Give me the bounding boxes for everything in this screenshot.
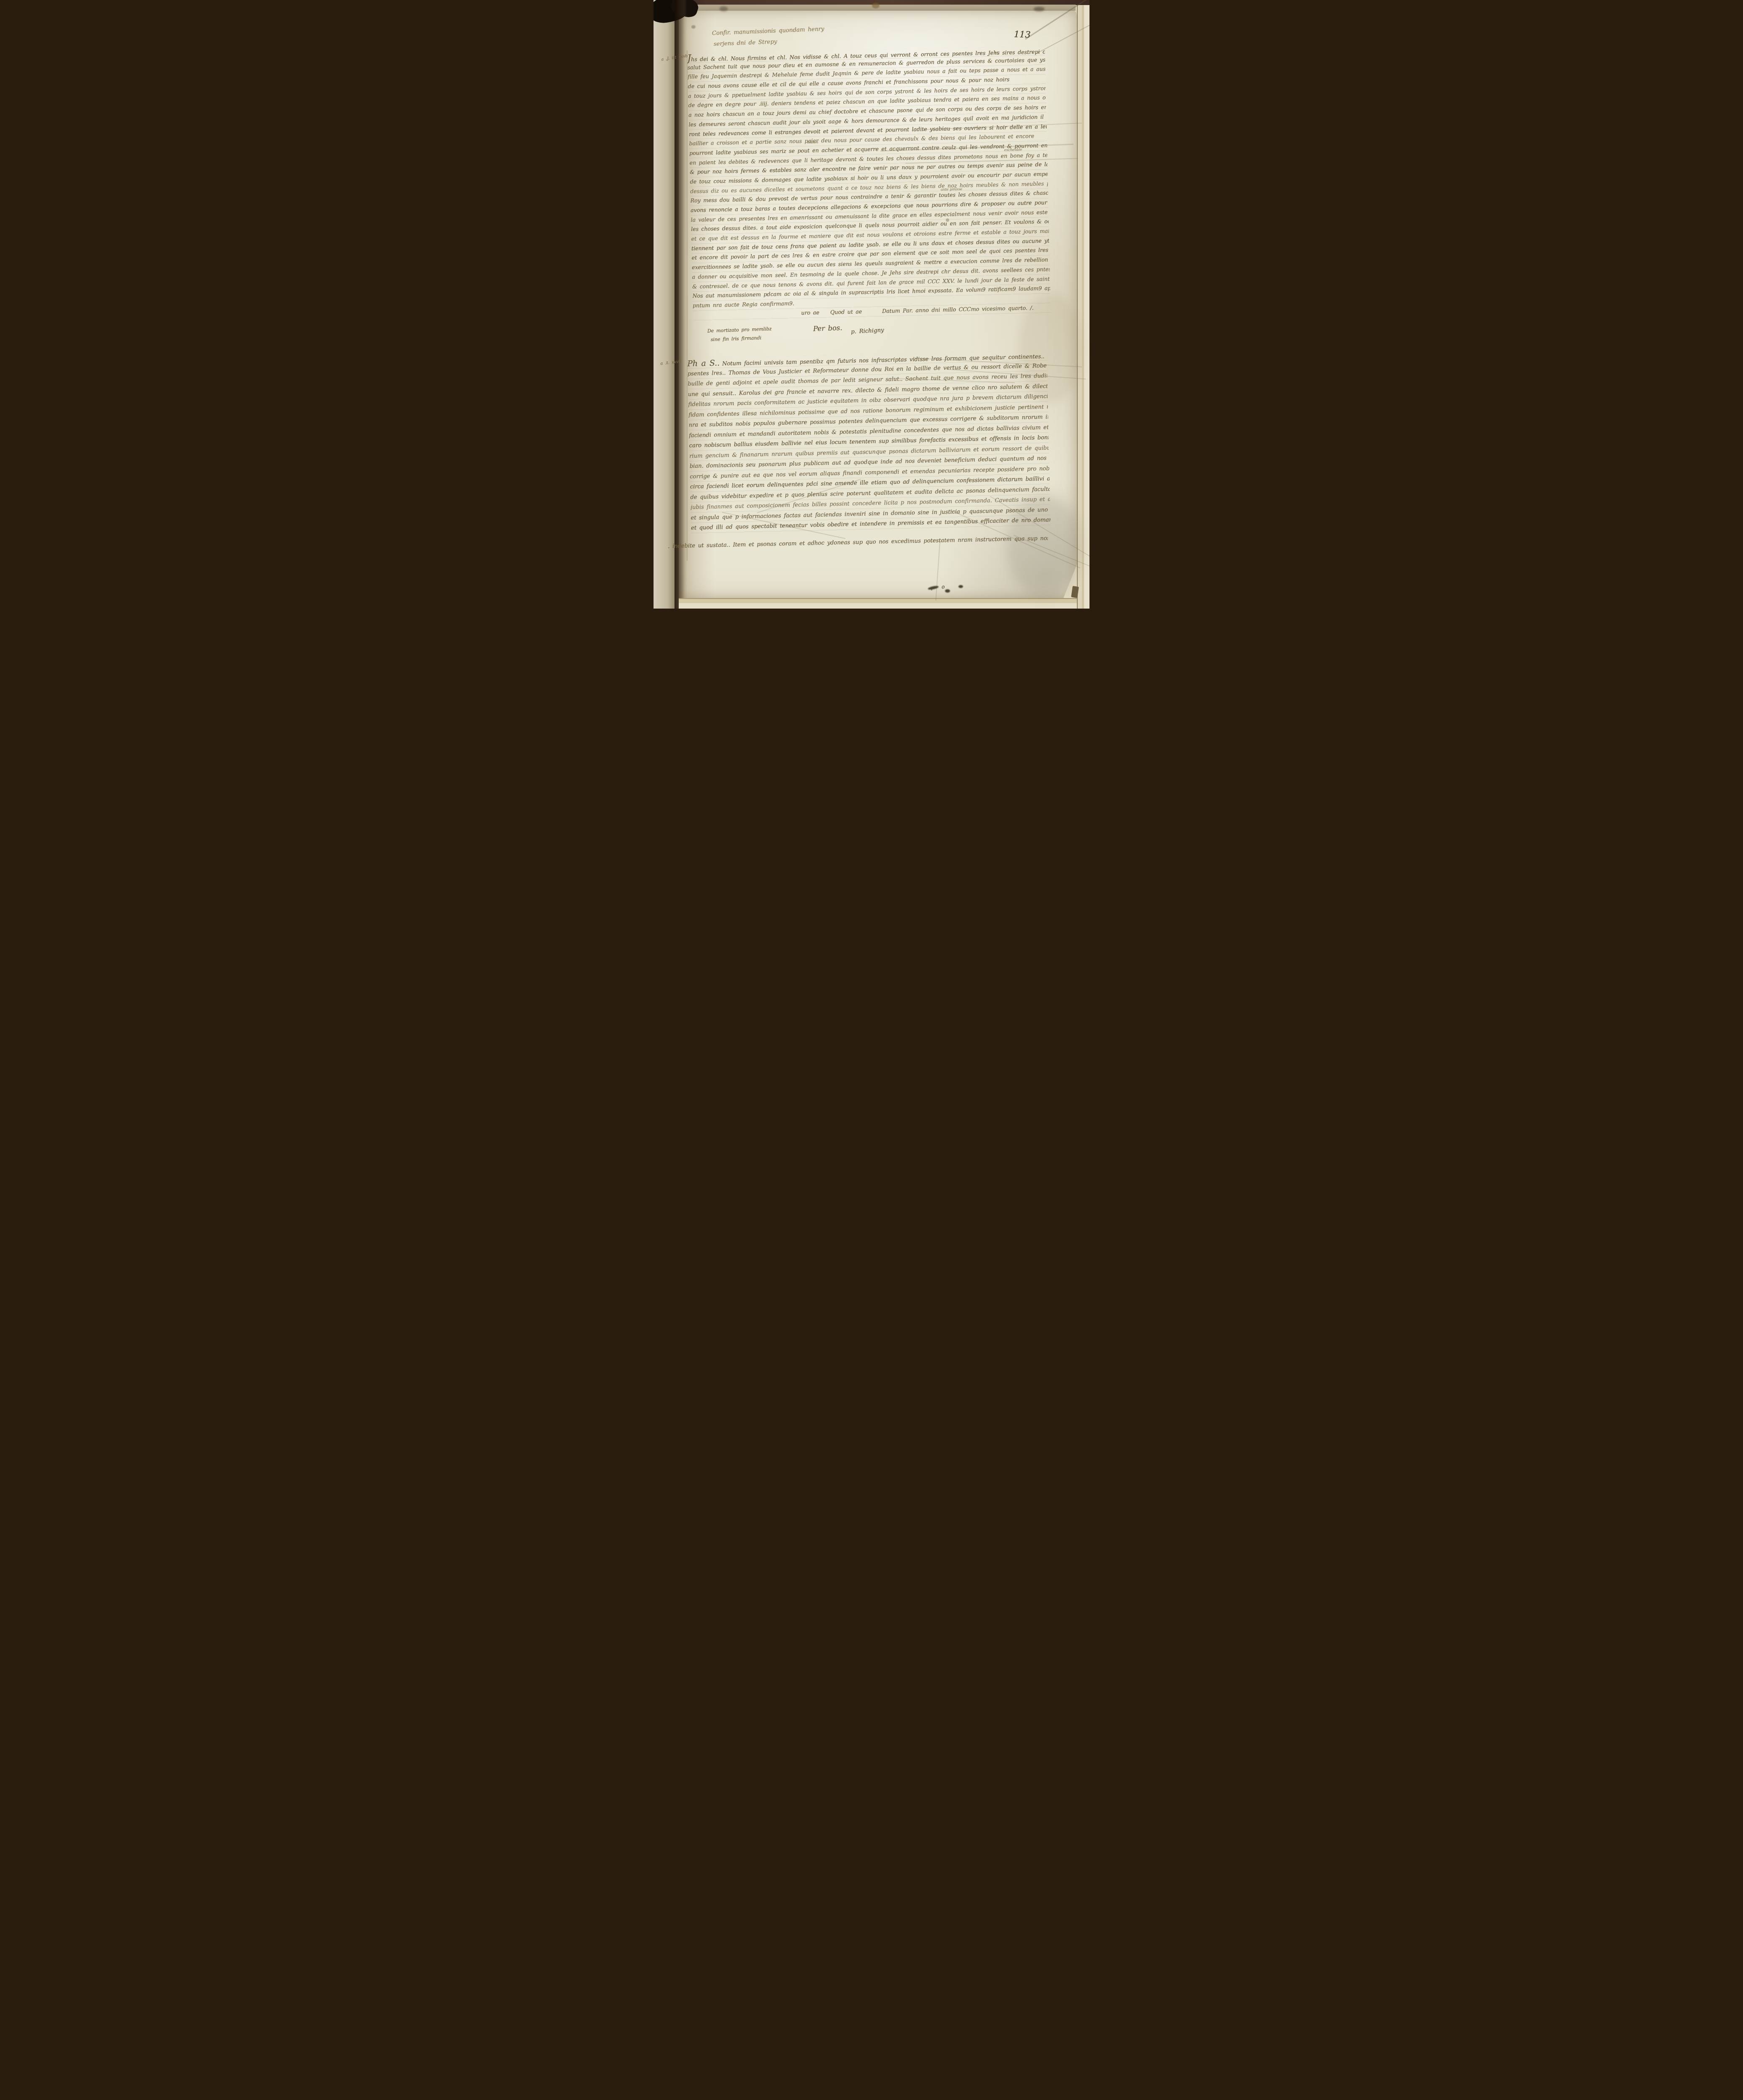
stain-mark <box>719 6 728 11</box>
interlinear-insertion: et <box>995 51 999 55</box>
chancery-signature-per-bos: Per bos. <box>813 324 843 333</box>
stain-mark <box>691 25 696 29</box>
folio-number: 113 <box>1014 29 1031 39</box>
page-edge-bottom <box>679 598 1077 609</box>
stain-mark <box>872 3 879 8</box>
act2-opening-initial: Ph a S.. <box>687 358 720 368</box>
interlinear-insertion: chlion <box>807 140 818 145</box>
datum-clause: Datum Par. anno dni millo CCCmo vicesimo… <box>882 305 1034 315</box>
interlinear-insertion: ante pmisse <box>940 187 962 192</box>
gutter-shadow <box>675 0 687 609</box>
interlinear-insertion: escheable <box>1004 148 1022 152</box>
ink-smudge <box>945 589 950 593</box>
act1-text: Jhs dei & chl. Nous firmins et chl. Nos … <box>687 46 1051 322</box>
act2-text: Ph a S..Notum facimi univsis tam psentib… <box>687 351 1050 536</box>
datum-note-1: uro ae <box>801 310 819 316</box>
ink-smudge <box>958 585 963 588</box>
page-edge-right <box>1077 5 1089 609</box>
stain-mark <box>1034 7 1045 11</box>
datum-note-2: Quod ut ae <box>830 309 862 316</box>
manuscript-photo: 113 Confir. manumissionis quondam henry … <box>654 0 1089 609</box>
page-edges-top <box>696 5 1076 10</box>
margin-ruling-line <box>687 50 688 561</box>
